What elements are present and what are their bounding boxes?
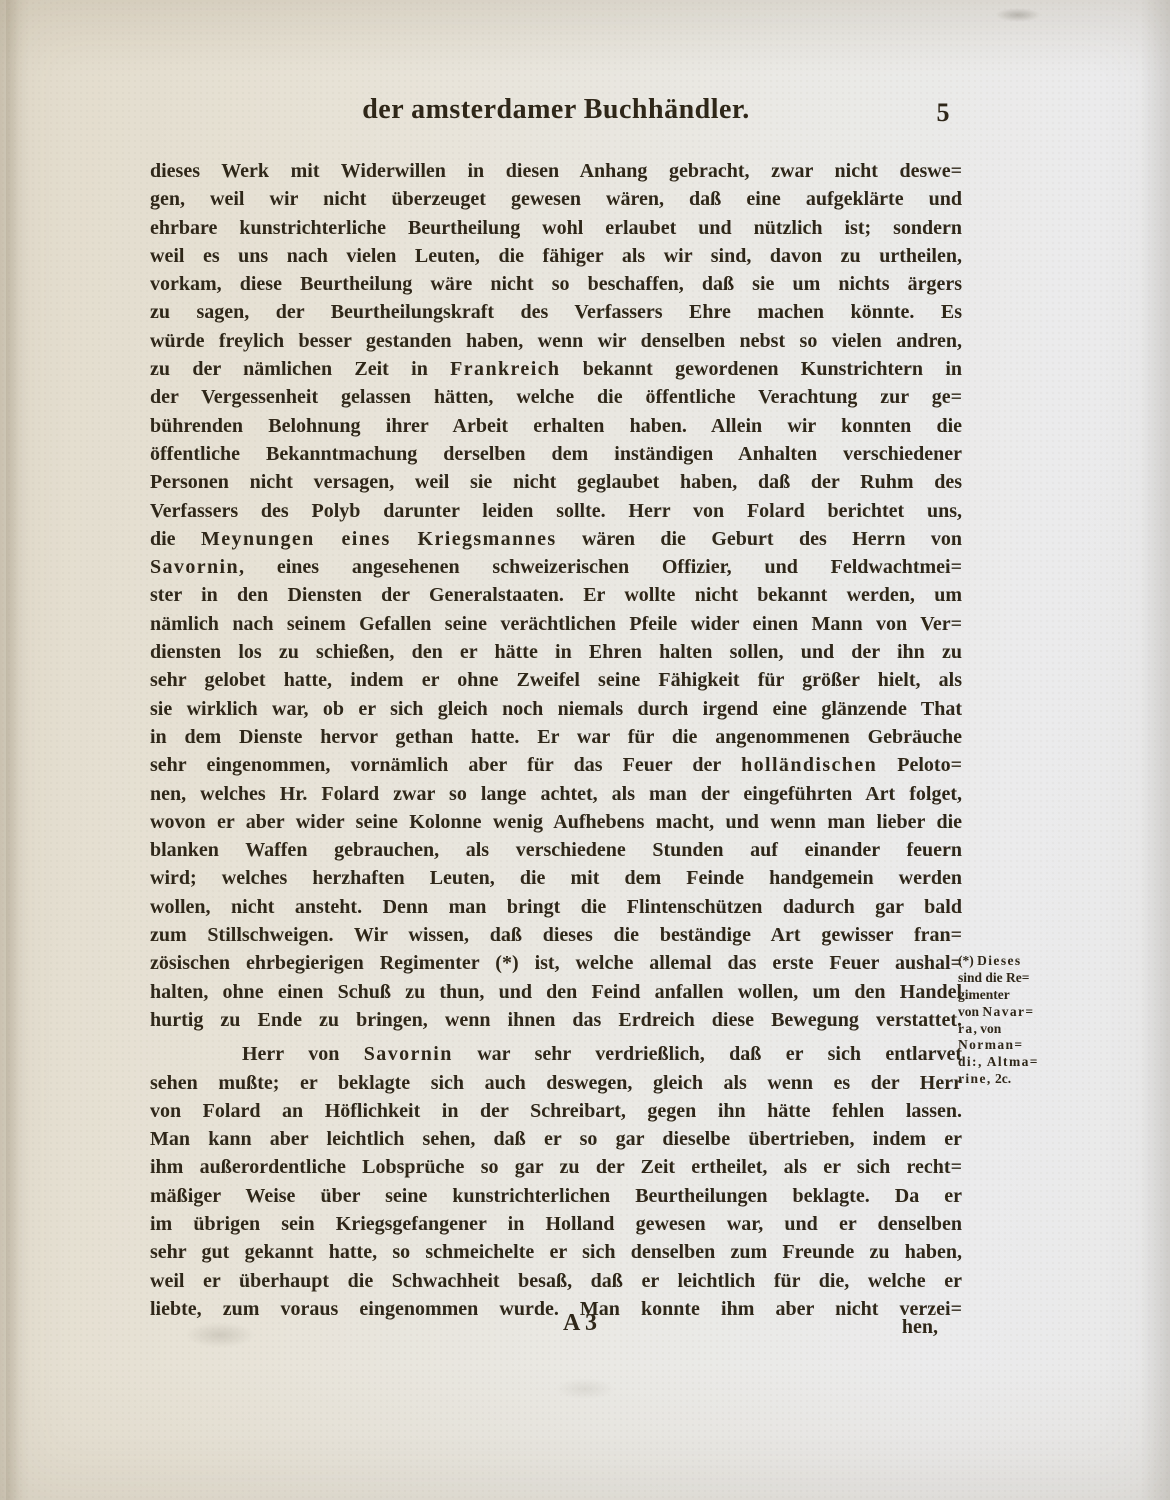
margin-footnote: (*) Diesessind die Re=gimentervon Navar=… bbox=[958, 953, 1078, 1088]
text-line: sehen mußte; er beklagte sich auch deswe… bbox=[150, 1069, 962, 1097]
text-line: sehr gut gekannt hatte, so schmeichelte … bbox=[150, 1238, 962, 1266]
text-line: zu der nämlichen Zeit in Frankreich beka… bbox=[150, 355, 962, 383]
text-line: im übrigen sein Kriegsgefangener in Holl… bbox=[150, 1210, 962, 1238]
text-line: bührenden Belohnung ihrer Arbeit erhalte… bbox=[150, 412, 962, 440]
text-line: sie wirklich war, ob er sich gleich noch… bbox=[150, 695, 962, 723]
text-line: (*) Dieses bbox=[958, 953, 1078, 970]
text-line: Man kann aber leichtlich sehen, daß er s… bbox=[150, 1125, 962, 1153]
text-line: gen, weil wir nicht überzeuget gewesen w… bbox=[150, 185, 962, 213]
text-line: Verfassers des Polyb darunter leiden sol… bbox=[150, 497, 962, 525]
text-line: diensten los zu schießen, den er hätte i… bbox=[150, 638, 962, 666]
text-line: vorkam, diese Beurtheilung wäre nicht so… bbox=[150, 270, 962, 298]
text-line: von Navar= bbox=[958, 1004, 1078, 1021]
text-line: öffentliche Bekanntmachung derselben dem… bbox=[150, 440, 962, 468]
text-line: zu sagen, der Beurtheilungskraft des Ver… bbox=[150, 298, 962, 326]
text-line: der Vergessenheit gelassen hätten, welch… bbox=[150, 383, 962, 411]
text-line: sehr gelobet hatte, indem er ohne Zweife… bbox=[150, 666, 962, 694]
page-fold-shading bbox=[6, 0, 20, 1500]
text-line: blanken Waffen gebrauchen, als verschied… bbox=[150, 836, 962, 864]
text-line: hurtig zu Ende zu bringen, wenn ihnen da… bbox=[150, 1006, 962, 1034]
text-line: in dem Dienste hervor gethan hatte. Er w… bbox=[150, 723, 962, 751]
text-line: würde freylich besser gestanden haben, w… bbox=[150, 327, 962, 355]
text-line: Personen nicht versagen, weil sie nicht … bbox=[150, 468, 962, 496]
book-page-scan: der amsterdamer Buchhändler. 5 dieses We… bbox=[0, 0, 1170, 1500]
main-text-block: dieses Werk mit Widerwillen in diesen An… bbox=[150, 157, 962, 1323]
text-line: Norman= bbox=[958, 1037, 1078, 1054]
text-line: sind die Re= bbox=[958, 970, 1078, 987]
text-line: di:, Altma= bbox=[958, 1054, 1078, 1071]
text-line: weil es uns nach vielen Leuten, die fähi… bbox=[150, 242, 962, 270]
text-line: ihm außerordentliche Lobsprüche so gar z… bbox=[150, 1153, 962, 1181]
text-line: ehrbare kunstrichterliche Beurtheilung w… bbox=[150, 214, 962, 242]
text-line: die Meynungen eines Kriegsmannes wären d… bbox=[150, 525, 962, 553]
text-line: wollen, nicht ansteht. Denn man bringt d… bbox=[150, 893, 962, 921]
text-line: zösischen ehrbegierigen Regimenter (*) i… bbox=[150, 949, 962, 977]
text-line: zum Stillschweigen. Wir wissen, daß dies… bbox=[150, 921, 962, 949]
text-line: wird; welches herzhaften Leuten, die mit… bbox=[150, 864, 962, 892]
text-line: nen, welches Hr. Folard zwar so lange ac… bbox=[150, 780, 962, 808]
text-line: halten, ohne einen Schuß zu thun, und de… bbox=[150, 978, 962, 1006]
text-line: gimenter bbox=[958, 987, 1078, 1004]
paper-smudge bbox=[995, 8, 1041, 22]
running-title: der amsterdamer Buchhändler. bbox=[150, 94, 962, 126]
paragraph-second: Herr von Savornin war sehr verdrießlich,… bbox=[150, 1040, 962, 1323]
text-line: von Folard an Höflichkeit in der Schreib… bbox=[150, 1097, 962, 1125]
text-line: Herr von Savornin war sehr verdrießlich,… bbox=[150, 1040, 962, 1068]
text-line: weil er überhaupt die Schwachheit besaß,… bbox=[150, 1267, 962, 1295]
text-line: ra, von bbox=[958, 1021, 1078, 1038]
text-line: sehr eingenommen, vornämlich aber für da… bbox=[150, 751, 962, 779]
paragraph-continuation: dieses Werk mit Widerwillen in diesen An… bbox=[150, 157, 962, 1034]
text-line: Savornin, eines angesehenen schweizerisc… bbox=[150, 553, 962, 581]
text-line: rine, 2c. bbox=[958, 1071, 1078, 1088]
paper-smudge bbox=[555, 1378, 615, 1400]
catchword: hen, bbox=[150, 1316, 938, 1339]
text-line: dieses Werk mit Widerwillen in diesen An… bbox=[150, 157, 962, 185]
text-line: nämlich nach seinem Gefallen seine veräc… bbox=[150, 610, 962, 638]
text-line: wovon er aber wider seine Kolonne wenig … bbox=[150, 808, 962, 836]
text-line: ster in den Diensten der Generalstaaten.… bbox=[150, 581, 962, 609]
text-line: mäßiger Weise über seine kunstrichterlic… bbox=[150, 1182, 962, 1210]
margin-footnote-lines: (*) Diesessind die Re=gimentervon Navar=… bbox=[958, 953, 1078, 1088]
page-number: 5 bbox=[918, 98, 968, 128]
